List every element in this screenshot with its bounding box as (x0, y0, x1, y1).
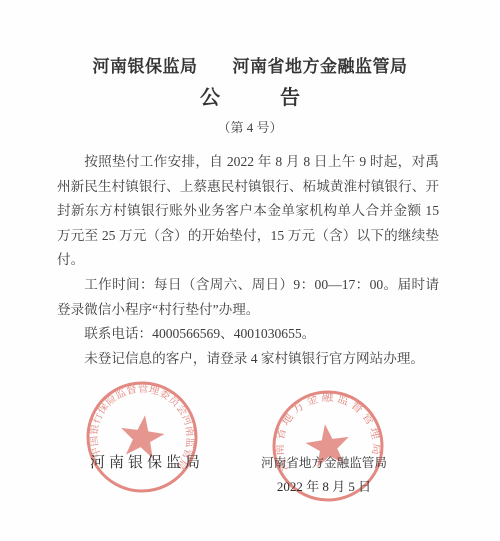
page-title: 河南银保监局 河南省地方金融监管局 (0, 52, 500, 77)
issue-number: （第 4 号） (0, 117, 500, 136)
announcement-page: 河南银保监局 河南省地方金融监管局 公 告 （第 4 号） 按照垫付工作安排，自… (0, 0, 500, 541)
body-paragraph: 工作时间：每日（含周六、周日）9：00—17：00。届时请登录微信小程序“村行垫… (57, 273, 439, 322)
signature-right-name: 河南省地方金融监管局 (260, 452, 388, 471)
body-paragraph: 按照垫付工作安排，自 2022 年 8 月 8 日上午 9 时起，对禹州新民生村… (57, 150, 439, 273)
official-seal-left-icon: 中国银行保险监督管理委员会河南监管局 (75, 370, 208, 503)
issue-date: 2022 年 8 月 5 日 (260, 476, 388, 495)
announcement-body: 按照垫付工作安排，自 2022 年 8 月 8 日上午 9 时起，对禹州新民生村… (57, 150, 439, 371)
body-paragraph: 联系电话：4000566569、4001030655。 (57, 322, 439, 347)
announcement-heading: 公 告 (0, 81, 500, 110)
signature-left-name: 河南银保监局 (90, 451, 204, 472)
body-paragraph: 未登记信息的客户，请登录 4 家村镇银行官方网站办理。 (57, 347, 439, 372)
